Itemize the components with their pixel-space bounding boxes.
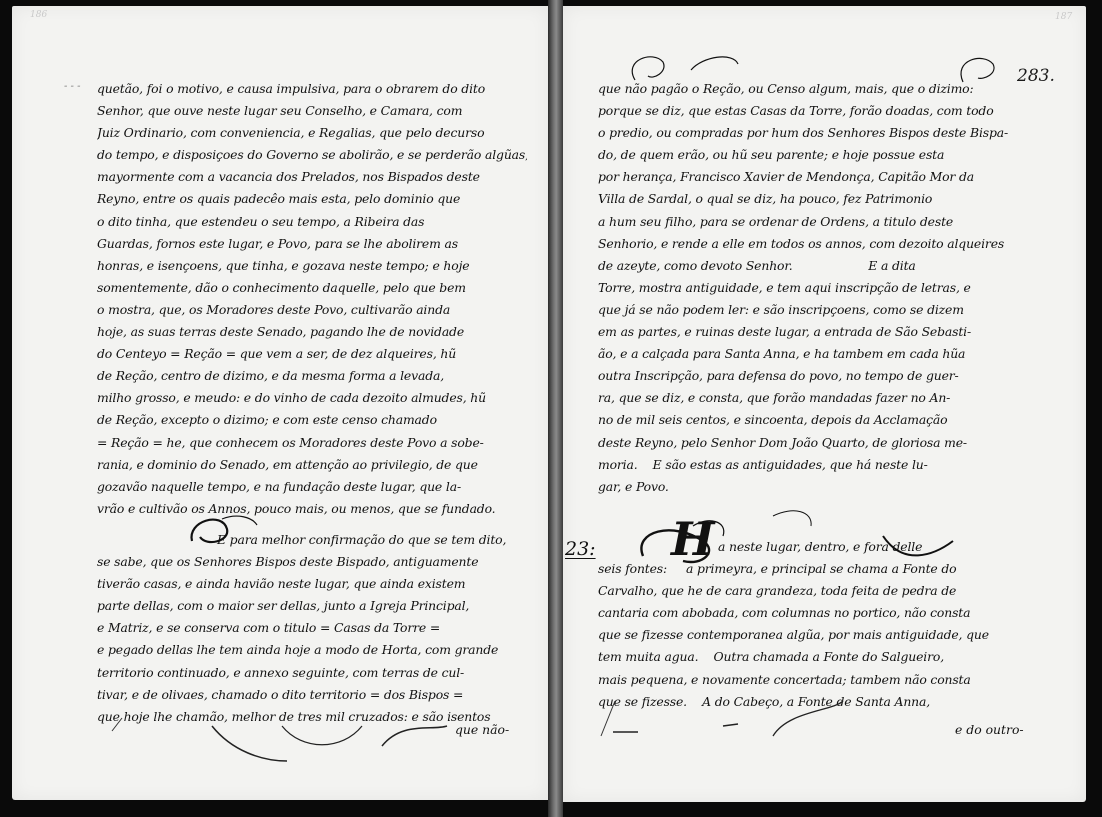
text-line: gozavão naquelle tempo, e na fundação de… bbox=[97, 476, 527, 498]
text-line: ra, que se diz, e consta, que forão mand… bbox=[598, 387, 1023, 409]
text-line: vrão e cultivão os Annos, pouco mais, ou… bbox=[97, 498, 527, 520]
text-line: do, de quem erão, ou hũ seu parente; e h… bbox=[598, 144, 1023, 166]
left-paragraph-1: quetão, foi o motivo, e causa impulsiva,… bbox=[97, 78, 527, 520]
right-catchword: e do outro- bbox=[955, 722, 1024, 737]
left-paragraph-2: E para melhor confirmação do que se tem … bbox=[97, 529, 527, 728]
text-line: somentemente, dão o conhecimento daquell… bbox=[97, 277, 527, 299]
text-line: hoje, as suas terras deste Senado, pagan… bbox=[97, 321, 527, 343]
text-line: de azeyte, como devoto Senhor. E a dita bbox=[598, 255, 1023, 277]
text-line: rania, e dominio do Senado, em attenção … bbox=[97, 454, 527, 476]
book-spine bbox=[548, 0, 563, 817]
text-line: Juiz Ordinario, com conveniencia, e Rega… bbox=[97, 122, 527, 144]
section-number: 23: bbox=[565, 538, 596, 560]
text-line: e pegado dellas lhe tem ainda hoje a mod… bbox=[97, 639, 527, 661]
text-line: cantaria com abobada, com columnas no po… bbox=[598, 602, 1023, 624]
text-line: tiverão casas, e ainda havião neste luga… bbox=[97, 573, 527, 595]
text-line: Torre, mostra antiguidade, e tem aqui in… bbox=[598, 277, 1023, 299]
margin-mark: - - - bbox=[64, 81, 81, 92]
text-line: no de mil seis centos, e sincoenta, depo… bbox=[598, 409, 1023, 431]
text-line: Senhorio, e rende a elle em todos os ann… bbox=[598, 233, 1023, 255]
text-line: que não pagão o Reção, ou Censo algum, m… bbox=[598, 78, 1023, 100]
text-line: porque se diz, que estas Casas da Torre,… bbox=[598, 100, 1023, 122]
text-line: de Reção, excepto o dizimo; e com este c… bbox=[97, 409, 527, 431]
text-line: por herança, Francisco Xavier de Mendonç… bbox=[598, 166, 1023, 188]
text-line: Senhor, que ouve neste lugar seu Conselh… bbox=[97, 100, 527, 122]
text-line: o dito tinha, que estendeu o seu tempo, … bbox=[97, 211, 527, 233]
text-line: ão, e a calçada para Santa Anna, e ha ta… bbox=[598, 343, 1023, 365]
left-catchword: que não- bbox=[455, 722, 509, 737]
text-line: do tempo, e disposiçoes do Governo se ab… bbox=[97, 144, 527, 166]
text-line: e Matriz, e se conserva com o titulo = C… bbox=[97, 617, 527, 639]
left-page: 186 - - - quetão, foi o motivo, e causa … bbox=[12, 6, 548, 800]
text-line: o predio, ou compradas por hum dos Senho… bbox=[598, 122, 1023, 144]
text-line: Guardas, fornos este lugar, e Povo, para… bbox=[97, 233, 527, 255]
section-23-paragraph: a neste lugar, dentro, e fora delle seis… bbox=[598, 536, 1023, 713]
text-line: Villa de Sardal, o qual se diz, ha pouco… bbox=[598, 188, 1023, 210]
text-line: parte dellas, com o maior ser dellas, ju… bbox=[97, 595, 527, 617]
text-line: honras, e isençoens, que tinha, e gozava… bbox=[97, 255, 527, 277]
text-line: tivar, e de olivaes, chamado o dito terr… bbox=[97, 684, 527, 706]
text-line: E para melhor confirmação do que se tem … bbox=[97, 529, 527, 551]
text-line: em as partes, e ruinas deste lugar, a en… bbox=[598, 321, 1023, 343]
text-line: a neste lugar, dentro, e fora delle bbox=[598, 536, 1023, 558]
text-line: tem muita agua. Outra chamada a Fonte do… bbox=[598, 646, 1023, 668]
text-line: seis fontes: a primeyra, e principal se … bbox=[598, 558, 1023, 580]
text-line: do Centeyo = Reção = que vem a ser, de d… bbox=[97, 343, 527, 365]
text-line: mayormente com a vacancia dos Prelados, … bbox=[97, 166, 527, 188]
right-corner-mark: 187 bbox=[1055, 12, 1072, 22]
text-line: se sabe, que os Senhores Bispos deste Bi… bbox=[97, 551, 527, 573]
text-line: que se fizesse contemporanea algũa, por … bbox=[598, 624, 1023, 646]
text-line: outra Inscripção, para defensa do povo, … bbox=[598, 365, 1023, 387]
text-line: que já se não podem ler: e são inscripço… bbox=[598, 299, 1023, 321]
text-line: quetão, foi o motivo, e causa impulsiva,… bbox=[97, 78, 527, 100]
text-line: milho grosso, e meudo: e do vinho de cad… bbox=[97, 387, 527, 409]
text-line: = Reção = he, que conhecem os Moradores … bbox=[97, 432, 527, 454]
text-line: mais pequena, e novamente concertada; ta… bbox=[598, 669, 1023, 691]
text-line: a hum seu filho, para se ordenar de Orde… bbox=[598, 211, 1023, 233]
left-corner-mark: 186 bbox=[30, 10, 47, 20]
text-line: de Reção, centro de dizimo, e da mesma f… bbox=[97, 365, 527, 387]
text-line: gar, e Povo. bbox=[598, 476, 1023, 498]
right-paragraph-1: que não pagão o Reção, ou Censo algum, m… bbox=[598, 78, 1023, 498]
text-line: territorio continuado, e annexo seguinte… bbox=[97, 662, 527, 684]
text-line: Reyno, entre os quais padecêo mais esta,… bbox=[97, 188, 527, 210]
right-page: 187 283. que não pagão o Reção, ou Censo… bbox=[563, 6, 1086, 802]
text-line: que se fizesse. A do Cabeço, a Fonte de … bbox=[598, 691, 1023, 713]
text-line: moria. E são estas as antiguidades, que … bbox=[598, 454, 1023, 476]
text-line: deste Reyno, pelo Senhor Dom João Quarto… bbox=[598, 432, 1023, 454]
text-line: o mostra, que, os Moradores deste Povo, … bbox=[97, 299, 527, 321]
text-line: Carvalho, que he de cara grandeza, toda … bbox=[598, 580, 1023, 602]
